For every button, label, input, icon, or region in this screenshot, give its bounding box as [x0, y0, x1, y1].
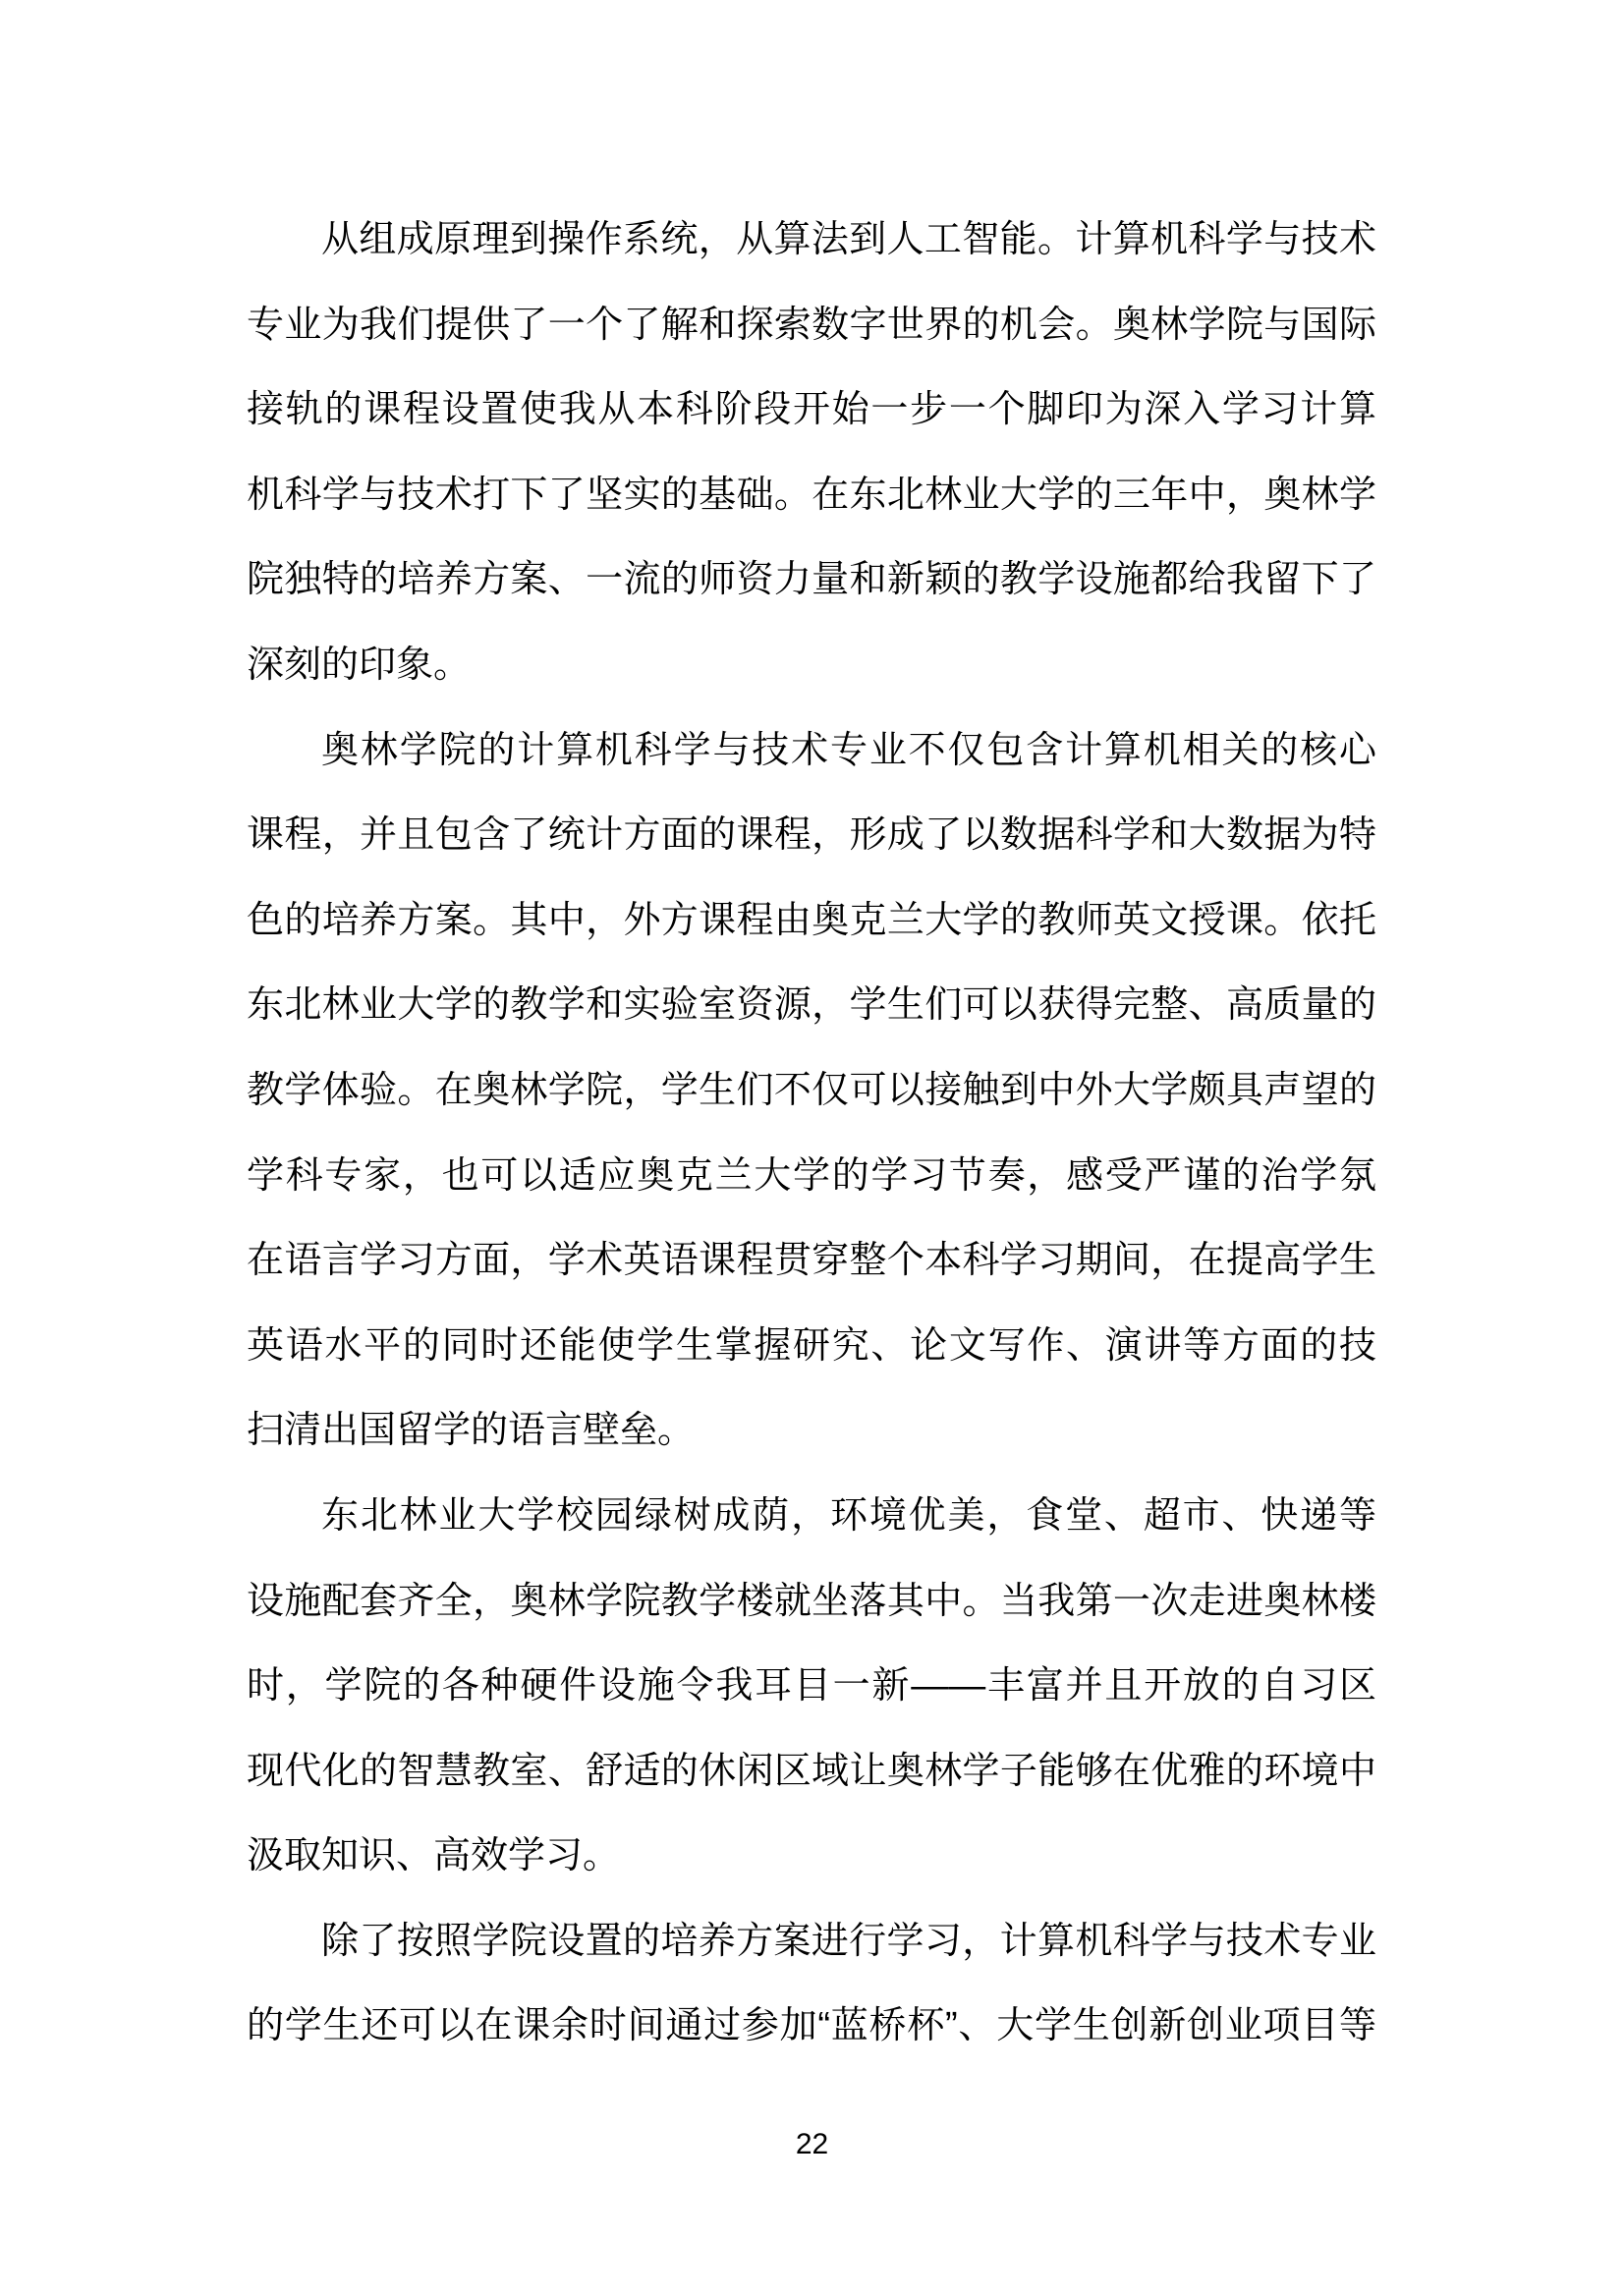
text-line: 专业为我们提供了一个了解和探索数字世界的机会。奥林学院与国际	[247, 283, 1376, 368]
text-line: 课程，并且包含了统计方面的课程，形成了以数据科学和大数据为特	[247, 793, 1376, 878]
text-line: 院独特的培养方案、一流的师资力量和新颖的教学设施都给我留下了	[247, 537, 1376, 623]
text-line: 汲取知识、高效学习。	[247, 1814, 1376, 1899]
document-body: 从组成原理到操作系统，从算法到人工智能。计算机科学与技术 专业为我们提供了一个了…	[247, 197, 1376, 2069]
text-line: 的学生还可以在课余时间通过参加“蓝桥杯”、大学生创新创业项目等	[247, 1984, 1376, 2069]
page-number: 22	[0, 2128, 1624, 2161]
text-line: 学科专家，也可以适应奥克兰大学的学习节奏，感受严谨的治学氛围。	[247, 1134, 1376, 1219]
text-line: 机科学与技术打下了坚实的基础。在东北林业大学的三年中，奥林学	[247, 453, 1376, 538]
text-line: 东北林业大学校园绿树成荫，环境优美，食堂、超市、快递等	[247, 1474, 1376, 1559]
text-line: 接轨的课程设置使我从本科阶段开始一步一个脚印为深入学习计算	[247, 367, 1376, 453]
text-line: 现代化的智慧教室、舒适的休闲区域让奥林学子能够在优雅的环境中	[247, 1729, 1376, 1815]
text-line: 色的培养方案。其中，外方课程由奥克兰大学的教师英文授课。依托	[247, 878, 1376, 964]
text-line: 奥林学院的计算机科学与技术专业不仅包含计算机相关的核心	[247, 708, 1376, 794]
text-line: 英语水平的同时还能使学生掌握研究、论文写作、演讲等方面的技能，	[247, 1304, 1376, 1389]
text-line: 扫清出国留学的语言壁垒。	[247, 1388, 1376, 1474]
document-page: 从组成原理到操作系统，从算法到人工智能。计算机科学与技术 专业为我们提供了一个了…	[0, 0, 1624, 2296]
text-line: 在语言学习方面，学术英语课程贯穿整个本科学习期间，在提高学生	[247, 1218, 1376, 1304]
text-line: 教学体验。在奥林学院，学生们不仅可以接触到中外大学颇具声望的	[247, 1048, 1376, 1134]
text-line: 东北林业大学的教学和实验室资源，学生们可以获得完整、高质量的	[247, 963, 1376, 1048]
text-line: 从组成原理到操作系统，从算法到人工智能。计算机科学与技术	[247, 197, 1376, 283]
text-line: 时，学院的各种硬件设施令我耳目一新——丰富并且开放的自习区域、	[247, 1644, 1376, 1729]
text-line: 除了按照学院设置的培养方案进行学习，计算机科学与技术专业	[247, 1899, 1376, 1985]
text-line: 深刻的印象。	[247, 623, 1376, 708]
text-line: 设施配套齐全，奥林学院教学楼就坐落其中。当我第一次走进奥林楼	[247, 1559, 1376, 1645]
